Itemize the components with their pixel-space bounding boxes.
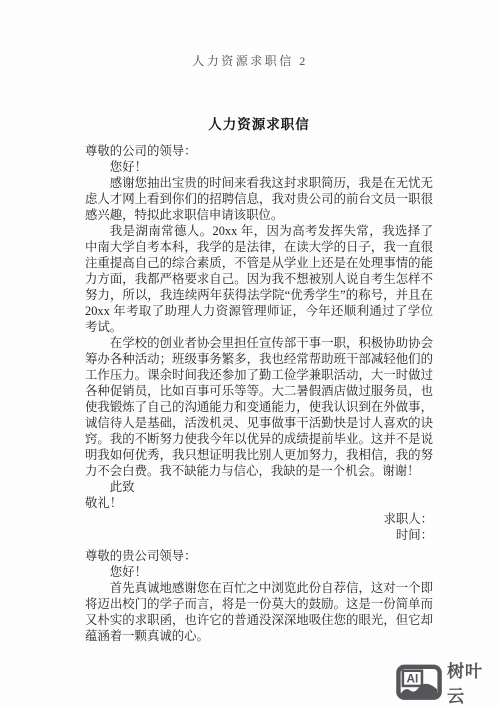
letter1-paragraph-3: 在学校的创业者协会里担任宣传部干事一职，积极协助协会筹办各种活动；班级事务繁多，… <box>85 335 433 479</box>
ai-icon-label: AI <box>406 672 418 685</box>
letter1-paragraph-1: 感谢您抽出宝贵的时间来看我这封求职简历，我是在无忧无虑人才网上看到你们的招聘信息… <box>85 175 433 223</box>
letter1-salutation: 尊敬的公司的领导： <box>85 143 433 159</box>
letter-2: 尊敬的贵公司领导： 您好！ 首先真诚地感谢您在百忙之中浏览此份自荐信，这对一个即… <box>85 548 433 644</box>
document: 人力资源求职信 尊敬的公司的领导： 您好！ 感谢您抽出宝贵的时间来看我这封求职简… <box>85 117 433 644</box>
letter1-closing-cizhi: 此致 <box>85 479 433 495</box>
letter2-salutation: 尊敬的贵公司领导： <box>85 548 433 564</box>
letter2-paragraph-1: 首先真诚地感谢您在百忙之中浏览此份自荐信，这对一个即将迈出校门的学子而言，将是一… <box>85 580 433 644</box>
page: { "page_header": "人力资源求职信 2", "document"… <box>0 0 500 707</box>
letter1-closing-jingli: 敬礼！ <box>85 495 433 511</box>
page-header-title: 人力资源求职信 2 <box>0 54 500 68</box>
brand-name: 树叶云 <box>447 657 500 707</box>
ai-image-icon: AI <box>396 664 442 701</box>
letter1-signer-label: 求职人： <box>85 511 433 527</box>
letter2-greeting: 您好！ <box>85 564 433 580</box>
letter1-paragraph-2: 我是湖南常德人。20xx 年，因为高考发挥失常，我选择了中南大学自考本科，我学的… <box>85 223 433 335</box>
watermark: AI 树叶云 <box>396 657 500 707</box>
document-title: 人力资源求职信 <box>85 117 433 133</box>
letter-1: 尊敬的公司的领导： 您好！ 感谢您抽出宝贵的时间来看我这封求职简历，我是在无忧无… <box>85 143 433 543</box>
letter1-date-label: 时间： <box>85 527 433 543</box>
letter1-greeting: 您好！ <box>85 159 433 175</box>
